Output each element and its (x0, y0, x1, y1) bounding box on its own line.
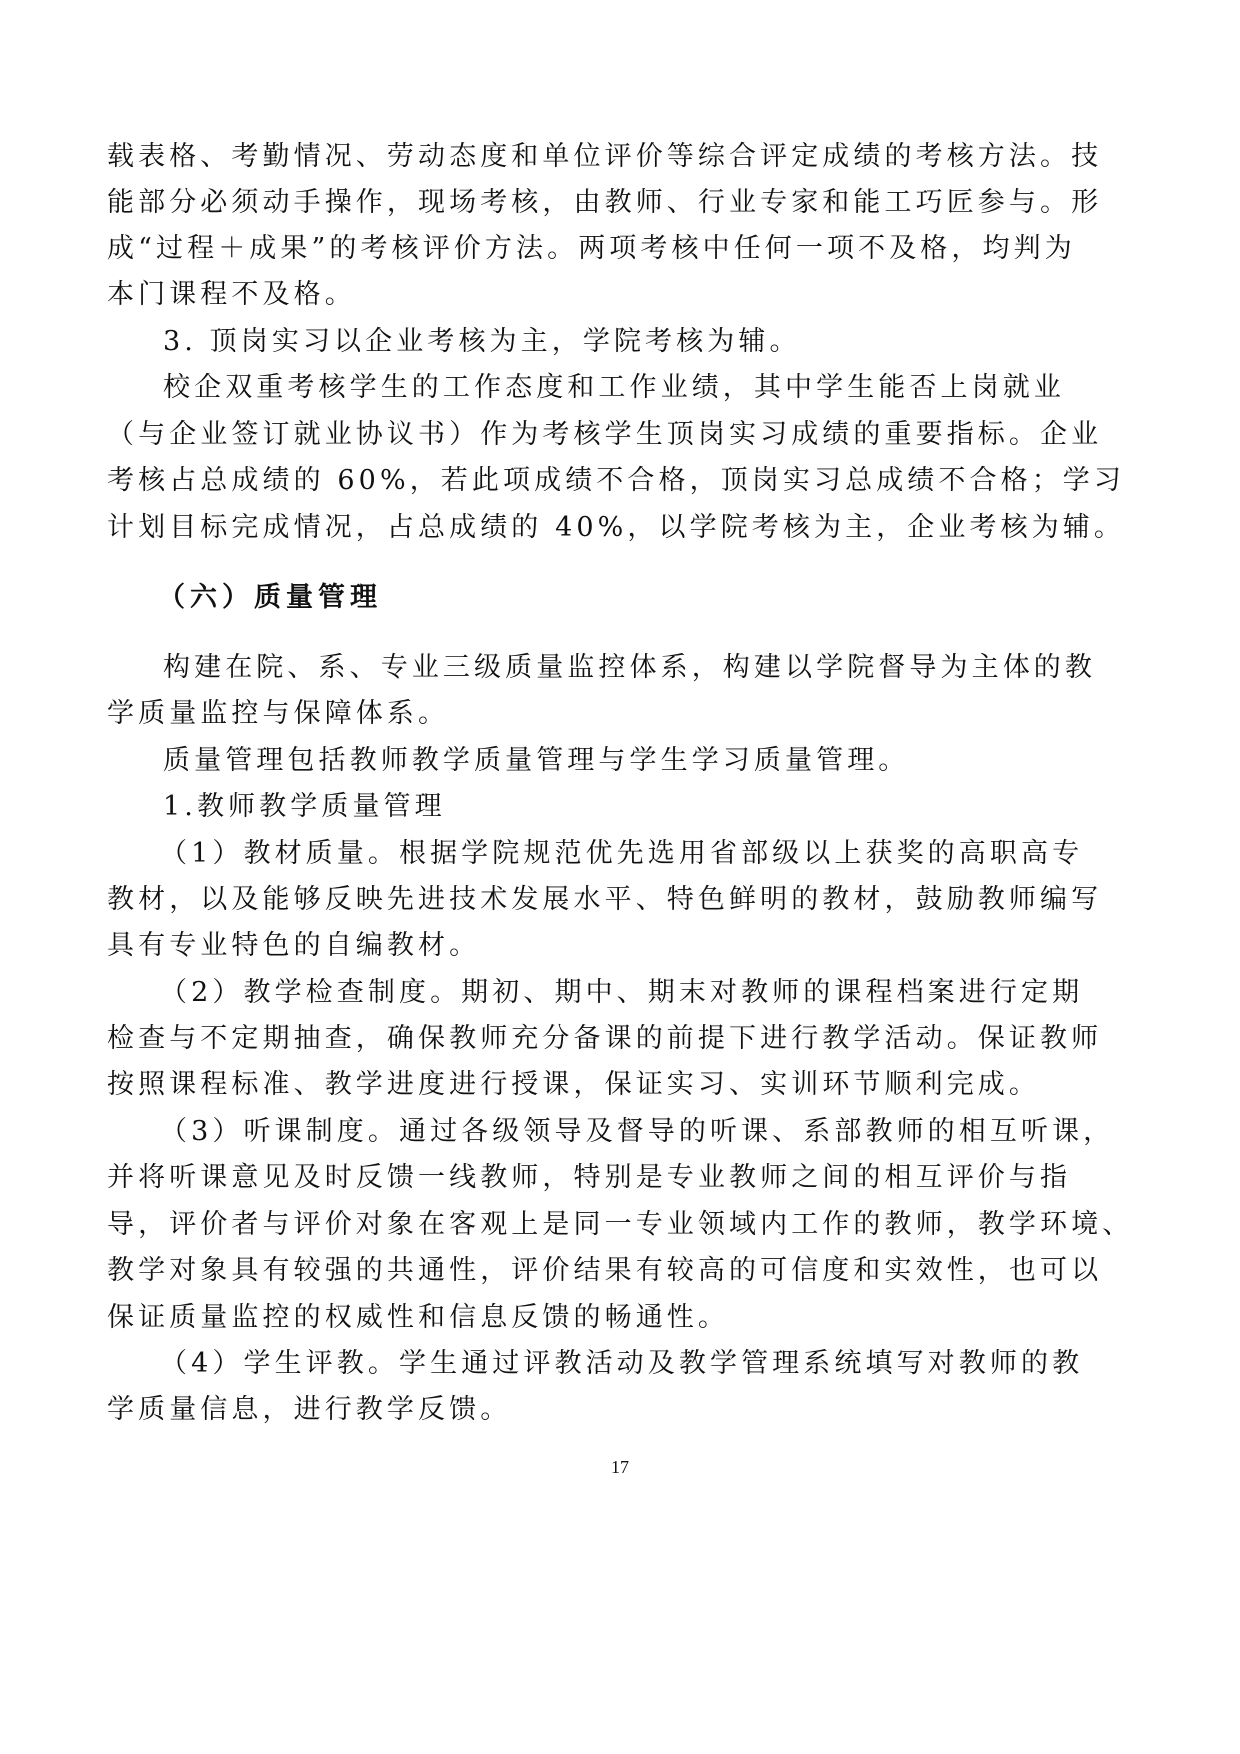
document-page: 载表格、考勤情况、劳动态度和单位评价等综合评定成绩的考核方法。技 能部分必须动手… (0, 0, 1240, 1754)
paragraph-line: 成“过程＋成果”的考核评价方法。两项考核中任何一项不及格，均判为 (107, 229, 1002, 269)
section-heading: （六）质量管理 (158, 578, 382, 618)
numbered-item-3: 3. 顶岗实习以企业考核为主，学院考核为辅。 (163, 322, 1002, 362)
paragraph-line: 并将听课意见及时反馈一线教师，特别是专业教师之间的相互评价与指 (107, 1158, 1002, 1198)
paragraph-line: （3）听课制度。通过各级领导及督导的听课、系部教师的相互听课， (160, 1112, 1002, 1152)
paragraph-line: （2）教学检查制度。期初、期中、期末对教师的课程档案进行定期 (160, 973, 1002, 1013)
paragraph-line: （与企业签订就业协议书）作为考核学生顶岗实习成绩的重要指标。企业 (107, 415, 1002, 455)
subsection-heading: 1.教师教学质量管理 (163, 787, 1002, 827)
paragraph-line: 学质量信息，进行教学反馈。 (107, 1390, 1002, 1430)
paragraph-line: 能部分必须动手操作，现场考核，由教师、行业专家和能工巧匠参与。形 (107, 183, 1002, 223)
page-number: 17 (0, 1455, 1240, 1479)
paragraph-line: 按照课程标准、教学进度进行授课，保证实习、实训环节顺利完成。 (107, 1065, 1002, 1105)
paragraph-line: 保证质量监控的权威性和信息反馈的畅通性。 (107, 1298, 1002, 1338)
paragraph-line: 检查与不定期抽查，确保教师充分备课的前提下进行教学活动。保证教师 (107, 1019, 1002, 1059)
paragraph-line: 构建在院、系、专业三级质量监控体系，构建以学院督导为主体的教 (163, 648, 1002, 688)
paragraph-line: （1）教材质量。根据学院规范优先选用省部级以上获奖的高职高专 (160, 834, 1002, 874)
paragraph-line: 校企双重考核学生的工作态度和工作业绩，其中学生能否上岗就业 (163, 368, 1002, 408)
paragraph-line: 导，评价者与评价对象在客观上是同一专业领域内工作的教师，教学环境、 (107, 1205, 1002, 1245)
paragraph-line: （4）学生评教。学生通过评教活动及教学管理系统填写对教师的教 (160, 1344, 1002, 1384)
paragraph-line: 质量管理包括教师教学质量管理与学生学习质量管理。 (163, 741, 1002, 781)
paragraph-line: 具有专业特色的自编教材。 (107, 926, 1002, 966)
paragraph-line: 考核占总成绩的 60%，若此项成绩不合格，顶岗实习总成绩不合格；学习 (107, 461, 1002, 501)
paragraph-line: 教学对象具有较强的共通性，评价结果有较高的可信度和实效性，也可以 (107, 1251, 1002, 1291)
paragraph-line: 载表格、考勤情况、劳动态度和单位评价等综合评定成绩的考核方法。技 (107, 137, 1002, 177)
paragraph-line: 本门课程不及格。 (107, 275, 1002, 315)
paragraph-line: 计划目标完成情况，占总成绩的 40%，以学院考核为主，企业考核为辅。 (107, 508, 1002, 548)
paragraph-line: 教材，以及能够反映先进技术发展水平、特色鲜明的教材，鼓励教师编写 (107, 880, 1002, 920)
paragraph-line: 学质量监控与保障体系。 (107, 694, 1002, 734)
